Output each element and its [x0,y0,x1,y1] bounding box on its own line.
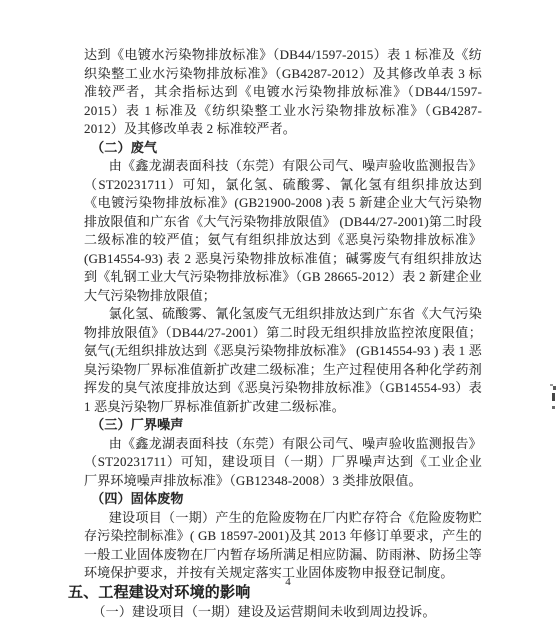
scanned-document-page: 达到《电镀水污染物排放标准》（DB44/1597-2015）表 1 标准及《纺织… [0,0,560,630]
paragraph-solid-waste: 建设项目（一期）产生的危险废物在厂内贮存符合《危险废物贮存污染控制标准》( GB… [84,509,482,583]
paragraph-organized-emissions: 由《鑫龙湖表面科技（东莞）有限公司气、噪声验收监测报告》（ST20231711）… [84,157,482,305]
scan-artifact [553,386,556,390]
subheading-solid-waste: （四）固体废物 [84,490,482,509]
page-number: 4 [0,576,560,588]
paragraph-complaints: （一）建设项目（一期）建设及运营期间未收到周边投诉。 [84,603,482,622]
paragraph-boundary-noise: 由《鑫龙湖表面科技（东莞）有限公司气、噪声验收监测报告》（ST20231711）… [84,435,482,491]
paragraph-unorganized-emissions: 氯化氢、硫酸雾、氰化氢废气无组织排放达到广东省《大气污染物排放限值》（DB44/… [84,305,482,416]
subheading-boundary-noise: （三）厂界噪声 [84,416,482,435]
document-body: 达到《电镀水污染物排放标准》（DB44/1597-2015）表 1 标准及《纺织… [68,46,482,621]
paragraph-wastewater-standards: 达到《电镀水污染物排放标准》（DB44/1597-2015）表 1 标准及《纺织… [84,46,482,139]
scan-artifact [552,406,555,409]
subheading-waste-gas: （二）废气 [84,139,482,158]
scan-artifact [552,393,555,401]
